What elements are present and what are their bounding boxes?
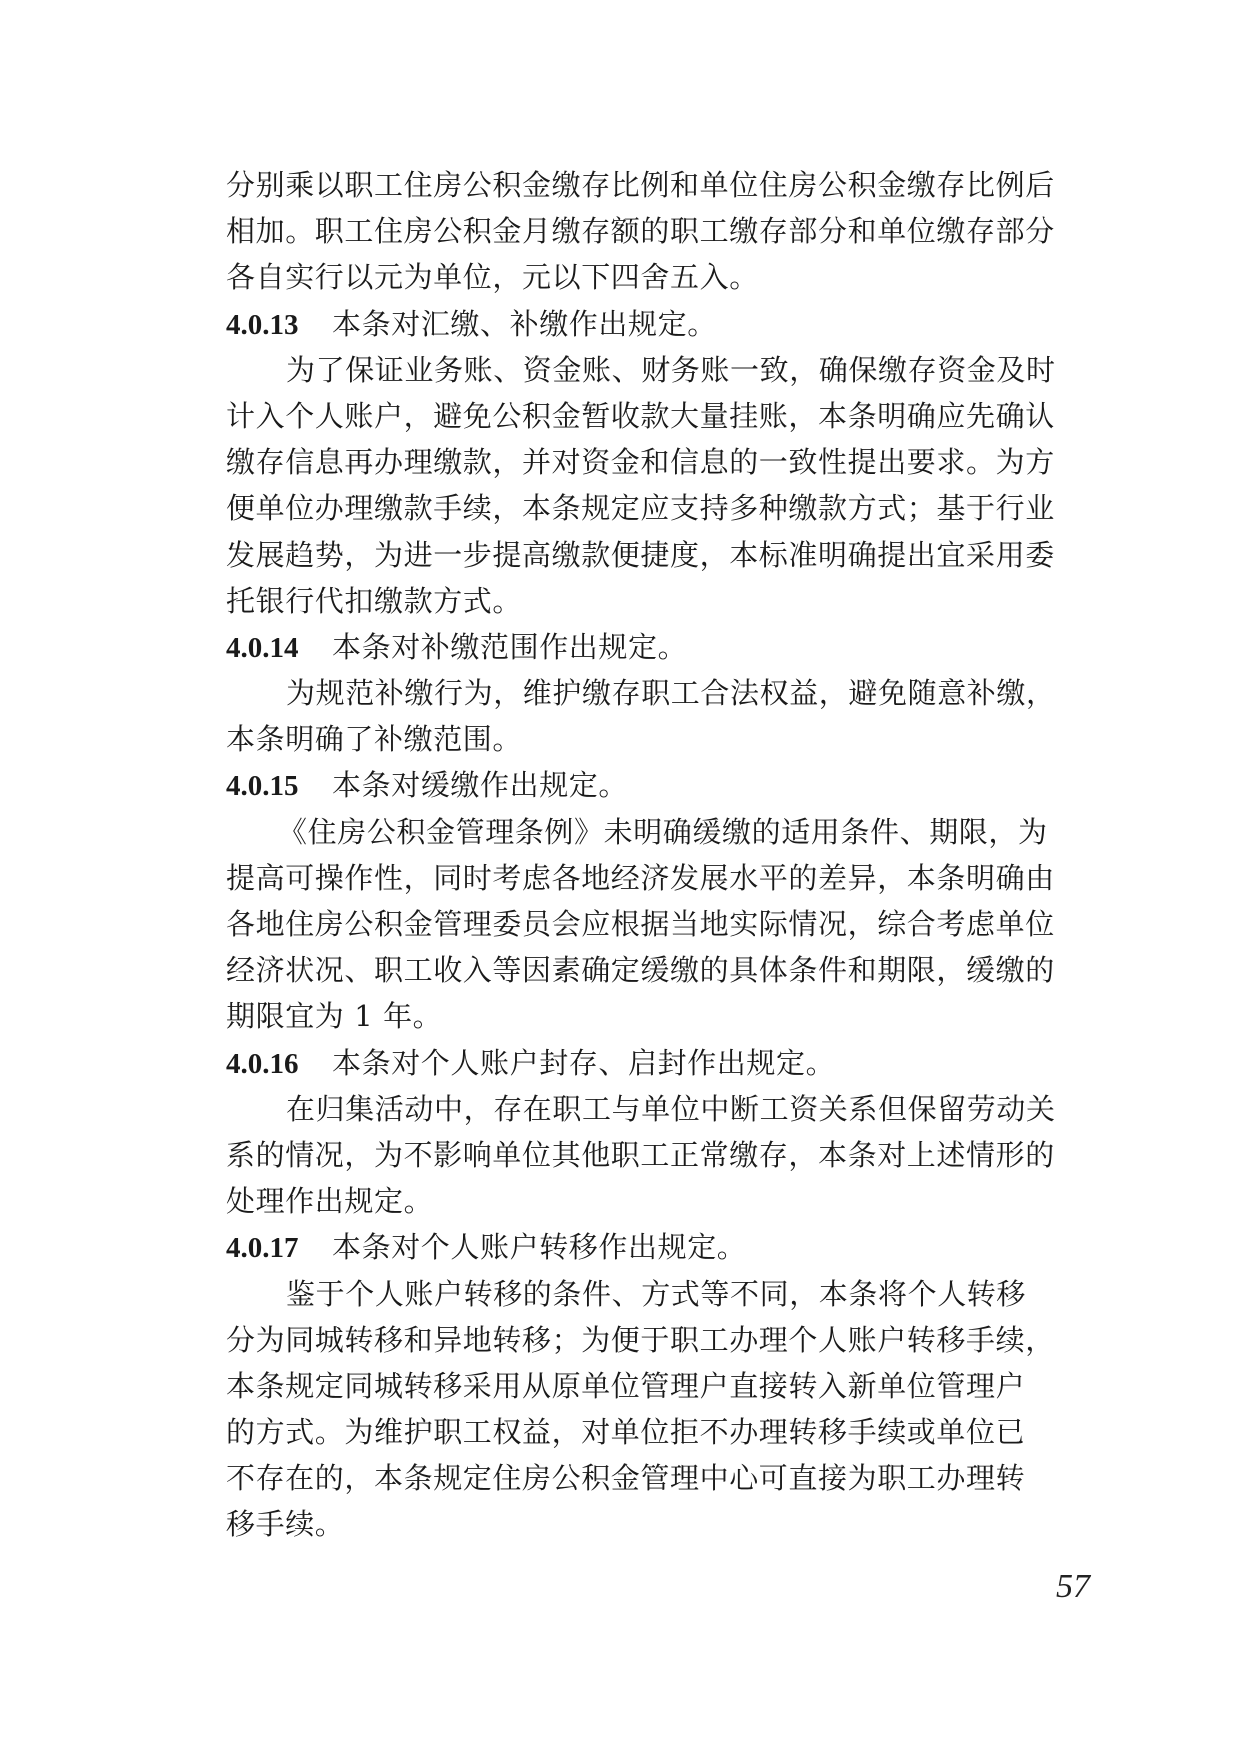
clause-heading-4-0-15: 4.0.15本条对缓缴作出规定。	[226, 762, 1046, 808]
clause-title: 本条对个人账户转移作出规定。	[332, 1230, 746, 1264]
paragraph-line: 处理作出规定。	[226, 1178, 1046, 1224]
clause-number: 4.0.14	[226, 625, 332, 671]
paragraph-line: 分为同城转移和异地转移；为便于职工办理个人账户转移手续，	[226, 1317, 1046, 1363]
clause-heading-4-0-17: 4.0.17本条对个人账户转移作出规定。	[226, 1224, 1046, 1270]
paragraph-line: 便单位办理缴款手续，本条规定应支持多种缴款方式；基于行业	[226, 485, 1046, 531]
paragraph-line: 发展趋势，为进一步提高缴款便捷度，本标准明确提出宜采用委	[226, 532, 1046, 578]
paragraph-line: 本条规定同城转移采用从原单位管理户直接转入新单位管理户	[226, 1363, 1046, 1409]
clause-number: 4.0.13	[226, 302, 332, 348]
clause-title: 本条对汇缴、补缴作出规定。	[332, 307, 717, 341]
paragraph-line: 不存在的，本条规定住房公积金管理中心可直接为职工办理转	[226, 1455, 1046, 1501]
paragraph-line: 移手续。	[226, 1501, 1046, 1547]
paragraph-line: 为了保证业务账、资金账、财务账一致，确保缴存资金及时	[226, 347, 1046, 393]
document-body: 分别乘以职工住房公积金缴存比例和单位住房公积金缴存比例后 相加。职工住房公积金月…	[226, 162, 1046, 1548]
paragraph-line: 为规范补缴行为，维护缴存职工合法权益，避免随意补缴，	[226, 670, 1046, 716]
paragraph-line: 鉴于个人账户转移的条件、方式等不同，本条将个人转移	[226, 1271, 1046, 1317]
paragraph-line: 期限宜为 1 年。	[226, 993, 1046, 1039]
page-number: 57	[1056, 1568, 1090, 1606]
clause-heading-4-0-14: 4.0.14本条对补缴范围作出规定。	[226, 624, 1046, 670]
paragraph-line: 《住房公积金管理条例》未明确缓缴的适用条件、期限，为	[226, 809, 1046, 855]
paragraph-line: 经济状况、职工收入等因素确定缓缴的具体条件和期限，缓缴的	[226, 947, 1046, 993]
clause-title: 本条对个人账户封存、启封作出规定。	[332, 1046, 835, 1080]
clause-heading-4-0-13: 4.0.13本条对汇缴、补缴作出规定。	[226, 301, 1046, 347]
clause-number: 4.0.15	[226, 763, 332, 809]
paragraph-line: 在归集活动中，存在职工与单位中断工资关系但保留劳动关	[226, 1086, 1046, 1132]
paragraph-line: 缴存信息再办理缴款，并对资金和信息的一致性提出要求。为方	[226, 439, 1046, 485]
clause-heading-4-0-16: 4.0.16本条对个人账户封存、启封作出规定。	[226, 1040, 1046, 1086]
paragraph-line: 的方式。为维护职工权益，对单位拒不办理转移手续或单位已	[226, 1409, 1046, 1455]
paragraph-line: 各地住房公积金管理委员会应根据当地实际情况，综合考虑单位	[226, 901, 1046, 947]
paragraph-line: 计入个人账户，避免公积金暂收款大量挂账，本条明确应先确认	[226, 393, 1046, 439]
clause-number: 4.0.17	[226, 1225, 332, 1271]
clause-title: 本条对补缴范围作出规定。	[332, 630, 687, 664]
paragraph-line: 各自实行以元为单位，元以下四舍五入。	[226, 254, 1046, 300]
paragraph-line: 本条明确了补缴范围。	[226, 716, 1046, 762]
paragraph-line: 分别乘以职工住房公积金缴存比例和单位住房公积金缴存比例后	[226, 162, 1046, 208]
paragraph-line: 提高可操作性，同时考虑各地经济发展水平的差异，本条明确由	[226, 855, 1046, 901]
paragraph-line: 相加。职工住房公积金月缴存额的职工缴存部分和单位缴存部分	[226, 208, 1046, 254]
paragraph-line: 系的情况，为不影响单位其他职工正常缴存，本条对上述情形的	[226, 1132, 1046, 1178]
clause-number: 4.0.16	[226, 1041, 332, 1087]
clause-title: 本条对缓缴作出规定。	[332, 768, 628, 802]
paragraph-line: 托银行代扣缴款方式。	[226, 578, 1046, 624]
